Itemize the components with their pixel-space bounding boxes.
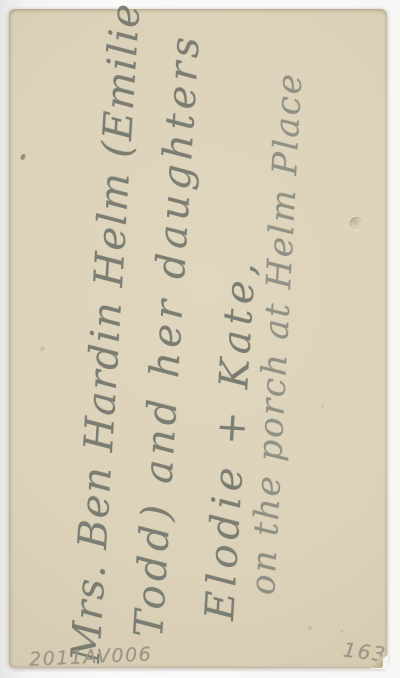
scanned-image: Mrs. Ben Hardin Helm (Emilie Todd) and h… — [0, 0, 400, 678]
foxing-spot — [259, 552, 263, 556]
foxing-spot — [39, 345, 46, 352]
foxing-spot — [320, 404, 325, 409]
photo-verso-card: Mrs. Ben Hardin Helm (Emilie Todd) and h… — [9, 9, 387, 668]
foxing-spot — [307, 625, 313, 631]
foxing-spot — [294, 102, 299, 107]
circular-indentation-mark — [350, 217, 363, 230]
accession-number: 2011AV006 — [29, 643, 153, 670]
edge-speck — [20, 153, 26, 160]
foxing-spot — [339, 629, 344, 634]
